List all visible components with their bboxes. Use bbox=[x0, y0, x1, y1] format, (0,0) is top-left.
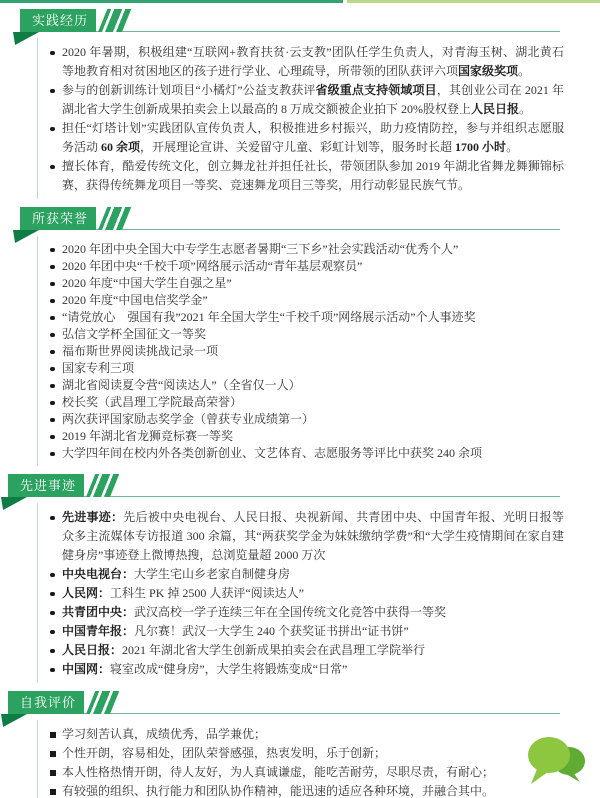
section-ribbon: 先进事迹 bbox=[8, 474, 110, 497]
list-item: 本人性格热情开朗，待人友好，为人真诚谦虚，能吃苦耐劳，尽职尽责，有耐心； bbox=[48, 763, 564, 782]
list-item: 学习刻苦认真，成绩优秀，品学兼优； bbox=[48, 725, 564, 744]
list-item: 有较强的组织、执行能力和团队协作精神，能迅速的适应各种环境，并融合其中。 bbox=[48, 782, 564, 798]
list-item: 中国网：寝室改成“健身房”，大学生将锻炼变成“日常” bbox=[48, 660, 564, 679]
ribbon-fold bbox=[1, 714, 27, 727]
list-item: 2020 年团中央“千校千项”网络展示活动“青年基层观察员” bbox=[48, 258, 564, 275]
page-top-accent-strip bbox=[0, 0, 600, 3]
list-item: 参与的创新训练计划项目“小橘灯”公益支教获评省级重点支持领域项目，其创业公司在 … bbox=[48, 81, 564, 119]
section-ribbon: 自我评价 bbox=[8, 691, 110, 714]
top-strip-left-segment bbox=[0, 0, 343, 3]
section-ribbon: 所获荣誉 bbox=[20, 207, 122, 230]
chat-bubbles-icon[interactable] bbox=[524, 734, 588, 790]
list-item: 2020 年团中央全国大中专学生志愿者暑期“三下乡”社会实践活动“优秀个人” bbox=[48, 241, 564, 258]
list-item: 人民日报：2021 年湖北省大学生创新成果拍卖会在武昌理工学院举行 bbox=[48, 641, 564, 660]
list-item: 福布斯世界阅读挑战记录一项 bbox=[48, 343, 564, 360]
ribbon-stripes-decoration bbox=[98, 9, 131, 32]
list-item: 两次获评国家励志奖学金（曾获专业成绩第一） bbox=[48, 411, 564, 428]
section-title: 所获荣誉 bbox=[20, 207, 96, 230]
list-item: 国家专利三项 bbox=[48, 360, 564, 377]
ribbon-stripes-decoration bbox=[98, 207, 131, 230]
section-practice-experience: 实践经历 2020 年暑期，积极组建“互联网+教育扶贫·云支教”团队任学生负责人… bbox=[0, 9, 600, 199]
section-title: 实践经历 bbox=[20, 9, 96, 32]
list-item: 中国青年报：凡尔赛！武汉一大学生 240 个获奖证书拼出“证书饼” bbox=[48, 622, 564, 641]
ribbon-fold bbox=[1, 497, 27, 510]
list-item: 2019 年湖北省龙狮竞标赛一等奖 bbox=[48, 428, 564, 445]
section-honors: 所获荣誉 2020 年团中央全国大中专学生志愿者暑期“三下乡”社会实践活动“优秀… bbox=[0, 207, 600, 466]
list-item: 弘信文学杯全国征文一等奖 bbox=[48, 326, 564, 343]
list-item: 共青团中央：武汉高校一学子连续三年在全国传统文化竞答中获得一等奖 bbox=[48, 603, 564, 622]
resume-page: { "colors":{ "ribbon_green":"#2ba25f", "… bbox=[0, 0, 600, 798]
list-item: 湖北省阅读夏令营“阅读达人”（全省仅一人） bbox=[48, 377, 564, 394]
list-item: 中央电视台：大学生宅山乡老家自制健身房 bbox=[48, 565, 564, 584]
list-item: 担任“灯塔计划”实践团队宣传负责人，积极推进乡村振兴，助力疫情防控，参与并组织志… bbox=[48, 119, 564, 157]
bullet-list: 先进事迹：先后被中央电视台、人民日报、央视新闻、共青团中央、中国青年报、光明日报… bbox=[37, 503, 564, 683]
ribbon-fold bbox=[13, 32, 39, 45]
list-item: 2020 年度“中国电信奖学金” bbox=[48, 292, 564, 309]
list-item: 先进事迹：先后被中央电视台、人民日报、央视新闻、共青团中央、中国青年报、光明日报… bbox=[48, 508, 564, 565]
list-item: “请党放心 强国有我”2021 年全国大学生“千校千项”网络展示活动”个人事迹奖 bbox=[48, 309, 564, 326]
section-title: 自我评价 bbox=[8, 691, 84, 714]
list-item: 2020 年度“中国大学生自强之星” bbox=[48, 275, 564, 292]
ribbon-stripes-decoration bbox=[86, 474, 119, 497]
ribbon-stripes-decoration bbox=[86, 691, 119, 714]
list-item: 擅长体育，酷爱传统文化，创立舞龙社并担任社长，带领团队参加 2019 年湖北省舞… bbox=[48, 157, 564, 195]
list-item: 校长奖（武昌理工学院最高荣誉） bbox=[48, 394, 564, 411]
section-ribbon: 实践经历 bbox=[20, 9, 122, 32]
list-item: 人民网：工科生 PK 掉 2500 人获评“阅读达人” bbox=[48, 584, 564, 603]
list-item: 个性开朗，容易相处，团队荣誉感强，热衷发明，乐于创新； bbox=[48, 744, 564, 763]
bullet-list: 2020 年团中央全国大中专学生志愿者暑期“三下乡”社会实践活动“优秀个人”20… bbox=[37, 236, 564, 466]
section-title: 先进事迹 bbox=[8, 474, 84, 497]
top-strip-right-segment bbox=[347, 0, 600, 3]
bullet-list: 学习刻苦认真，成绩优秀，品学兼优；个性开朗，容易相处，团队荣誉感强，热衷发明，乐… bbox=[37, 720, 564, 798]
bullet-list: 2020 年暑期，积极组建“互联网+教育扶贫·云支教”团队任学生负责人，对青海玉… bbox=[37, 38, 564, 199]
ribbon-fold bbox=[13, 230, 39, 243]
section-advanced-deeds: 先进事迹 先进事迹：先后被中央电视台、人民日报、央视新闻、共青团中央、中国青年报… bbox=[0, 474, 600, 683]
section-self-evaluation: 自我评价 学习刻苦认真，成绩优秀，品学兼优；个性开朗，容易相处，团队荣誉感强，热… bbox=[0, 691, 600, 798]
list-item: 2020 年暑期，积极组建“互联网+教育扶贫·云支教”团队任学生负责人，对青海玉… bbox=[48, 43, 564, 81]
list-item: 大学四年间在校内外各类创新创业、文艺体育、志愿服务等评比中获奖 240 余项 bbox=[48, 445, 564, 462]
